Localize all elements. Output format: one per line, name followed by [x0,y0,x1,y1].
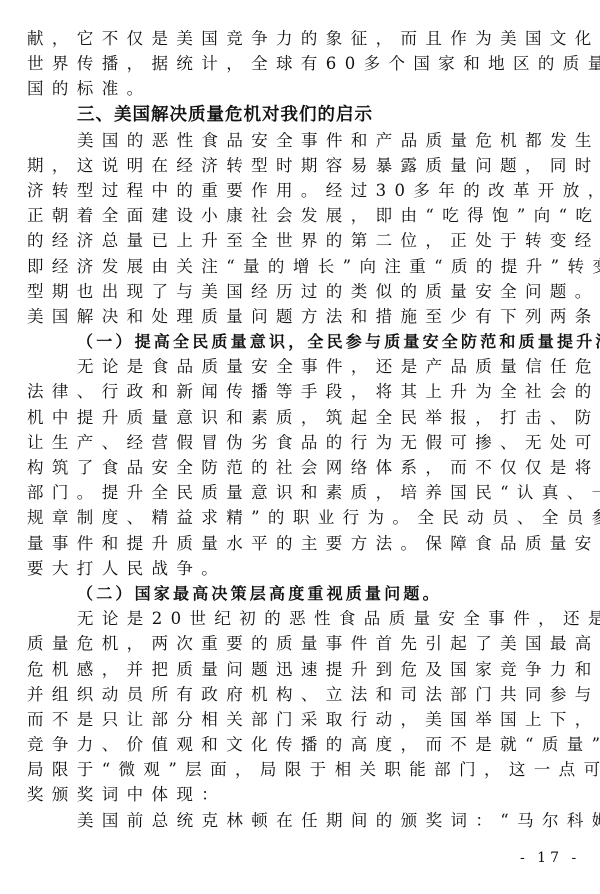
text-line: 国的标准。 [27,76,579,101]
text-line: 献，它不仅是美国竞争力的象征，而且作为美国文化的重要组成部分向全 [27,26,579,51]
document-page: 献，它不仅是美国竞争力的象征，而且作为美国文化的重要组成部分向全 世界传播，据统… [27,26,579,833]
text-line: 世界传播，据统计，全球有60多个国家和地区的质量奖评选标准采用了美 [27,51,579,76]
text-line: 量事件和提升质量水平的主要方法。保障食品质量安全、提升产品质量就是 [27,531,579,556]
text-line: 无论是20世纪初的恶性食品质量安全事件，还是20世纪70年代产品 [27,606,579,631]
text-line: 要大打人民战争。 [27,556,579,581]
text-line: 无论是食品质量安全事件，还是产品质量信任危机，美国充分利用政策、 [27,354,579,379]
text-line: 正朝着全面建设小康社会发展，即由“吃得饱”向“吃得好”转变。我国 [27,203,579,228]
text-line: 质量危机，两次重要的质量事件首先引起了美国最高决策层的震惊和强烈的 [27,631,579,656]
text-line: 竞争力、价值观和文化传播的高度，而不是就“质量”谈“质量”，把质量 [27,732,579,757]
text-line: 局限于“微观”层面，局限于相关职能部门，这一点可从历届美国总统质量 [27,757,579,782]
text-line: 法律、行政和新闻传播等手段，将其上升为全社会的问题，使全国民众在危 [27,379,579,404]
text-line: 而不是只让部分相关部门采取行动，美国举国上下，把质量问题上升到国家 [27,707,579,732]
text-line: 构筑了食品安全防范的社会网络体系，而不仅仅是将矛头指向行政监督管理 [27,455,579,480]
text-line: 期，这说明在经济转型时期容易暴露质量问题，同时也说明质量在推动经 [27,153,579,178]
text-line: 即经济发展由关注“量的增长”向注重“质的提升”转变。我们在经济转 [27,254,579,279]
subheading-1: （一）提高全民质量意识，全民参与质量安全防范和质量提升活动。 [27,329,579,354]
text-line: 奖颁奖词中体现： [27,782,579,807]
text-line: 型期也出现了与美国经历过的类似的质量安全问题。他山之石可以攻玉， [27,279,579,304]
text-line: 美国解决和处理质量问题方法和措施至少有下列两条值得我国借鉴： [27,304,579,329]
text-line: 危机感，并把质量问题迅速提升到危及国家竞争力和社会安全的认识高度， [27,657,579,682]
page-number: - 17 - [520,850,580,866]
text-line: 美国前总统克林顿在任期间的颁奖词：“马尔科姆·波多里奇国家质量 [27,808,579,833]
subheading-2: （二）国家最高决策层高度重视质量问题。 [27,581,579,606]
text-line: 规章制度、精益求精”的职业行为。全民动员、全员参与是美国防范恶性质 [27,505,579,530]
section-heading: 三、美国解决质量危机对我们的启示 [27,102,579,128]
text-line: 并组织动员所有政府机构、立法和司法部门共同参与、共同策划、共同应对， [27,682,579,707]
text-line: 美国的恶性食品安全事件和产品质量危机都发生在美国的经济转型时 [27,128,579,153]
text-line: 机中提升质量意识和素质，筑起全民举报，打击、防范不法质量行为的长城， [27,405,579,430]
text-line: 让生产、经营假冒伪劣食品的行为无假可掺、无处可产、无地可销、无处可藏， [27,430,579,455]
text-line: 的经济总量已上升至全世界的第二位，正处于转变经济发展方式的时期， [27,228,579,253]
text-line: 济转型过程中的重要作用。经过30多年的改革开放，我国解决了温饱问题， [27,178,579,203]
text-line: 部门。提升全民质量意识和素质，培养国民“认真、一丝不苟、遵守标准和 [27,480,579,505]
